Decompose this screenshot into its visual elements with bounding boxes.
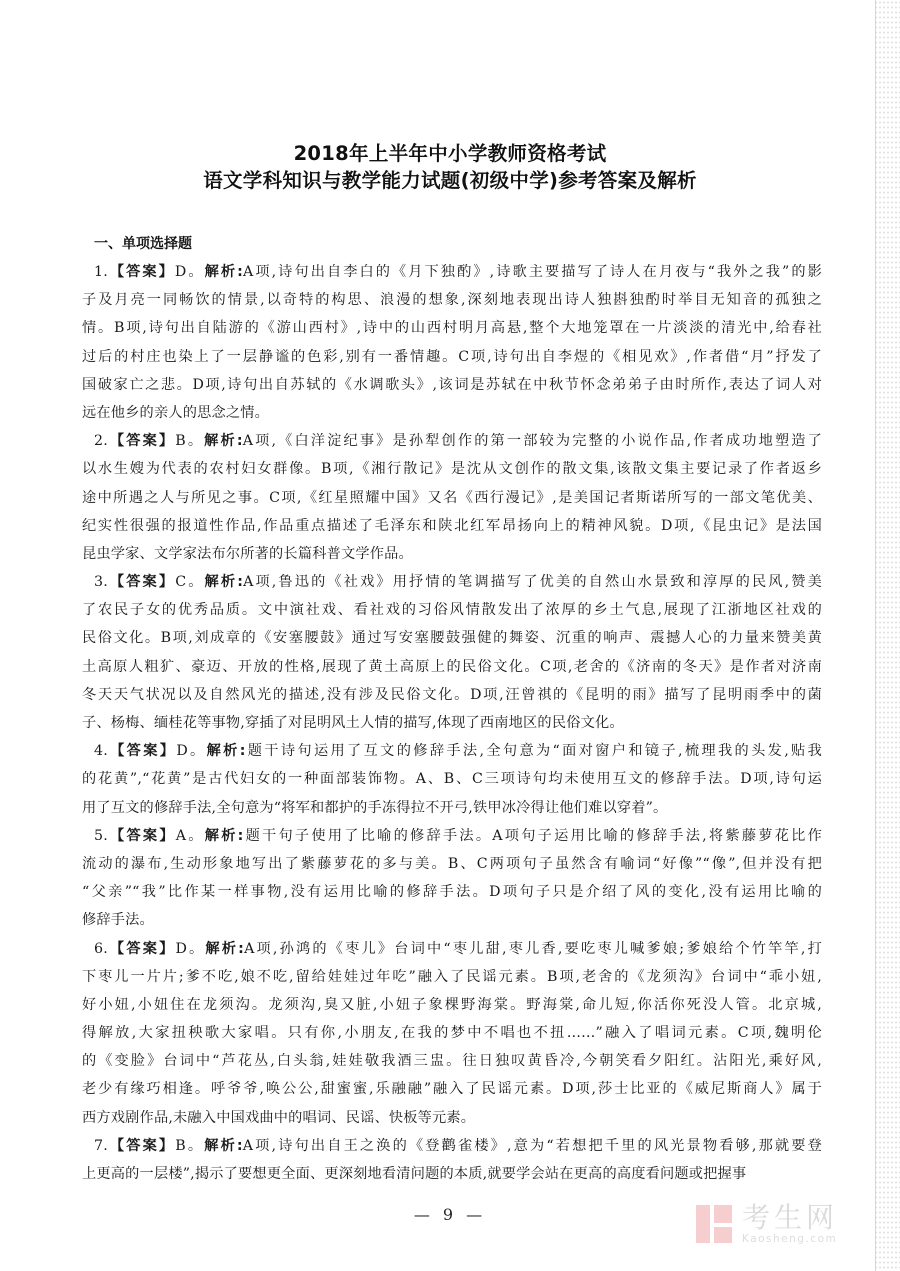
analysis-label: 解析: (205, 574, 244, 590)
answer-line: 昆虫学家、文学家法布尔所著的长篇科普文学作品。 (82, 540, 822, 568)
answer-line: 民俗文化。B项,刘成章的《安塞腰鼓》通过写安塞腰鼓强健的舞姿、沉重的响声、震撼人… (82, 624, 822, 652)
question-number: 5. (94, 828, 108, 844)
analysis-label: 解析: (205, 941, 244, 957)
answer-line: 土高原人粗犷、豪迈、开放的性格,展现了黄土高原上的民俗文化。C项,老舍的《济南的… (82, 653, 822, 681)
section-heading: 一、单项选择题 (82, 230, 822, 258)
answer-text: 得解放,大家扭秧歌大家唱。只有你,小朋友,在我的梦中不唱也不扭……”融入了唱词元… (82, 1025, 822, 1041)
answer-choice: C。 (175, 574, 204, 590)
answer-label: 【答案】 (108, 574, 175, 590)
answer-line: 流动的瀑布,生动形象地写出了紫藤萝花的多与美。B、C两项句子虽然含有喻词“好像”… (82, 850, 822, 878)
answer-first-line: 7.【答案】B。解析:A项,诗句出自王之涣的《登鹳雀楼》,意为“若想把千里的风光… (82, 1132, 822, 1160)
answer-text: A项,诗句出自李白的《月下独酌》,诗歌主要描写了诗人在月夜与“我外之我”的影 (243, 264, 822, 280)
answer-line: 冬天天气状况以及自然风光的描述,没有涉及民俗文化。D项,汪曾祺的《昆明的雨》描写… (82, 681, 822, 709)
answer-text: 了农民子女的优秀品质。文中演社戏、看社戏的习俗风情散发出了浓厚的乡土气息,展现了… (82, 602, 822, 618)
answer-choice: D。 (175, 264, 205, 280)
answer-text: 以水生嫂为代表的农村妇女群像。B项,《湘行散记》是沈从文创作的散文集,该散文集主… (82, 461, 822, 477)
answer-line: 以水生嫂为代表的农村妇女群像。B项,《湘行散记》是沈从文创作的散文集,该散文集主… (82, 455, 822, 483)
answer-line: 情。B项,诗句出自陆游的《游山西村》,诗中的山西村明月高悬,整个大地笼罩在一片淡… (82, 314, 822, 342)
answer-text: 好小妞,小妞住在龙须沟。龙须沟,臭又脏,小妞子象棵野海棠。野海棠,命儿短,你活你… (82, 997, 822, 1013)
question-number: 6. (94, 941, 108, 957)
question-number: 2. (94, 433, 108, 449)
answer-text: 冬天天气状况以及自然风光的描述,没有涉及民俗文化。D项,汪曾祺的《昆明的雨》描写… (82, 687, 822, 703)
question-number: 3. (94, 574, 108, 590)
answer-line: 国破家亡之悲。D项,诗句出自苏轼的《水调歌头》,该词是苏轼在中秋节怀念弟弟子由时… (82, 371, 822, 399)
answer-text: 子、杨梅、缅桂花等事物,穿插了对昆明风土人情的描写,体现了西南地区的民俗文化。 (82, 715, 624, 731)
answer-label: 【答案】 (108, 743, 176, 759)
answer-line: 远在他乡的亲人的思念之情。 (82, 399, 822, 427)
answer-line: 用了互文的修辞手法,全句意为“将军和都护的手冻得拉不开弓,铁甲冰冷得让他们难以穿… (82, 794, 822, 822)
answer-text: A项,《白洋淀纪事》是孙犁创作的第一部较为完整的小说作品,作者成功地塑造了 (243, 433, 822, 449)
answer-first-line: 6.【答案】D。解析:A项,孙鸿的《枣儿》台词中“枣儿甜,枣儿香,要吃枣儿喊爹娘… (82, 935, 822, 963)
answer-text: 西方戏剧作品,未融入中国戏曲中的唱词、民谣、快板等元素。 (82, 1110, 475, 1126)
title-line-1: 2018年上半年中小学教师资格考试 (0, 140, 900, 167)
answer-text: 上更高的一层楼”,揭示了要想更全面、更深刻地看清问题的本质,就要学会站在更高的高… (82, 1166, 746, 1182)
answer-text: 昆虫学家、文学家法布尔所著的长篇科普文学作品。 (82, 546, 413, 562)
answer-line: 过后的村庄也染上了一层静谧的色彩,别有一番情趣。C项,诗句出自李煜的《相见欢》,… (82, 343, 822, 371)
answer-text: 流动的瀑布,生动形象地写出了紫藤萝花的多与美。B、C两项句子虽然含有喻词“好像”… (82, 856, 822, 872)
answer-text: 过后的村庄也染上了一层静谧的色彩,别有一番情趣。C项,诗句出自李煜的《相见欢》,… (82, 349, 822, 365)
answer-item: 6.【答案】D。解析:A项,孙鸿的《枣儿》台词中“枣儿甜,枣儿香,要吃枣儿喊爹娘… (82, 935, 822, 1132)
answer-line: 好小妞,小妞住在龙须沟。龙须沟,臭又脏,小妞子象棵野海棠。野海棠,命儿短,你活你… (82, 991, 822, 1019)
answer-text: 题干句子使用了比喻的修辞手法。A项句子运用比喻的修辞手法,将紫藤萝花比作 (244, 828, 822, 844)
answer-line: 子及月亮一同畅饮的情景,以奇特的构思、浪漫的想象,深刻地表现出诗人独斟独酌时举目… (82, 286, 822, 314)
answer-item: 7.【答案】B。解析:A项,诗句出自王之涣的《登鹳雀楼》,意为“若想把千里的风光… (82, 1132, 822, 1188)
question-list: 1.【答案】D。解析:A项,诗句出自李白的《月下独酌》,诗歌主要描写了诗人在月夜… (82, 258, 822, 1188)
kaosheng-logo-icon (696, 1205, 732, 1243)
answer-body: 一、单项选择题 1.【答案】D。解析:A项,诗句出自李白的《月下独酌》,诗歌主要… (82, 230, 822, 1188)
answer-text: 修辞手法。 (82, 912, 154, 928)
analysis-label: 解析: (207, 743, 246, 759)
answer-line: 的花黄”,“花黄”是古代妇女的一种面部装饰物。A、B、C三项诗句均未使用互文的修… (82, 765, 822, 793)
answer-text: 用了互文的修辞手法,全句意为“将军和都护的手冻得拉不开弓,铁甲冰冷得让他们难以穿… (82, 800, 667, 816)
answer-choice: D。 (176, 743, 206, 759)
answer-label: 【答案】 (108, 941, 176, 957)
answer-text: 国破家亡之悲。D项,诗句出自苏轼的《水调歌头》,该词是苏轼在中秋节怀念弟弟子由时… (82, 377, 822, 393)
question-number: 7. (94, 1138, 108, 1154)
answer-first-line: 1.【答案】D。解析:A项,诗句出自李白的《月下独酌》,诗歌主要描写了诗人在月夜… (82, 258, 822, 286)
answer-first-line: 5.【答案】A。解析:题干句子使用了比喻的修辞手法。A项句子运用比喻的修辞手法,… (82, 822, 822, 850)
answer-first-line: 3.【答案】C。解析:A项,鲁迅的《社戏》用抒情的笔调描写了优美的自然山水景致和… (82, 568, 822, 596)
answer-line: 下枣儿一片片;爹不吃,娘不吃,留给娃娃过年吃”融入了民谣元素。B项,老舍的《龙须… (82, 963, 822, 991)
answer-first-line: 4.【答案】D。解析:题干诗句运用了互文的修辞手法,全句意为“面对窗户和镜子,梳… (82, 737, 822, 765)
answer-line: 的《变脸》台词中“芦花丛,白头翁,娃娃敬我酒三盅。往日独叹黄昏冷,今朝笑看夕阳红… (82, 1047, 822, 1075)
answer-line: 得解放,大家扭秧歌大家唱。只有你,小朋友,在我的梦中不唱也不扭……”融入了唱词元… (82, 1019, 822, 1047)
answer-first-line: 2.【答案】B。解析:A项,《白洋淀纪事》是孙犁创作的第一部较为完整的小说作品,… (82, 427, 822, 455)
answer-text: 土高原人粗犷、豪迈、开放的性格,展现了黄土高原上的民俗文化。C项,老舍的《济南的… (82, 659, 822, 675)
answer-choice: B。 (175, 1138, 204, 1154)
answer-text: 老少有缘巧相逢。呼爷爷,唤公公,甜蜜蜜,乐融融”融入了民谣元素。D项,莎士比亚的… (82, 1081, 822, 1097)
watermark-domain: Kaosheng.com (742, 1233, 837, 1245)
answer-line: 上更高的一层楼”,揭示了要想更全面、更深刻地看清问题的本质,就要学会站在更高的高… (82, 1160, 822, 1188)
answer-line: 了农民子女的优秀品质。文中演社戏、看社戏的习俗风情散发出了浓厚的乡土气息,展现了… (82, 596, 822, 624)
answer-choice: A。 (176, 828, 205, 844)
answer-line: 纪实性很强的报道性作品,作品重点描述了毛泽东和陕北红军昂扬向上的精神风貌。D项,… (82, 512, 822, 540)
answer-text: 的《变脸》台词中“芦花丛,白头翁,娃娃敬我酒三盅。往日独叹黄昏冷,今朝笑看夕阳红… (82, 1053, 822, 1069)
answer-text: 民俗文化。B项,刘成章的《安塞腰鼓》通过写安塞腰鼓强健的舞姿、沉重的响声、震撼人… (82, 630, 822, 646)
document-page: 2018年上半年中小学教师资格考试 语文学科知识与教学能力试题(初级中学)参考答… (0, 0, 900, 1271)
title-line-2: 语文学科知识与教学能力试题(初级中学)参考答案及解析 (0, 167, 900, 194)
answer-choice: B。 (175, 433, 204, 449)
answer-line: 老少有缘巧相逢。呼爷爷,唤公公,甜蜜蜜,乐融融”融入了民谣元素。D项,莎士比亚的… (82, 1075, 822, 1103)
answer-line: 途中所遇之人与所见之事。C项,《红星照耀中国》又名《西行漫记》,是美国记者斯诺所… (82, 484, 822, 512)
answer-text: A项,孙鸿的《枣儿》台词中“枣儿甜,枣儿香,要吃枣儿喊爹娘;爹娘给个竹竿竿,打 (244, 941, 822, 957)
analysis-label: 解析: (204, 1138, 243, 1154)
question-number: 1. (94, 264, 108, 280)
answer-line: 西方戏剧作品,未融入中国戏曲中的唱词、民谣、快板等元素。 (82, 1104, 822, 1132)
answer-text: 远在他乡的亲人的思念之情。 (82, 405, 269, 421)
answer-text: “父亲”“我”比作某一样事物,没有运用比喻的修辞手法。D项句子只是介绍了风的变化… (82, 884, 822, 900)
answer-text: 题干诗句运用了互文的修辞手法,全句意为“面对窗户和镜子,梳理我的头发,贴我 (246, 743, 822, 759)
analysis-label: 解析: (205, 264, 243, 280)
answer-line: 修辞手法。 (82, 906, 822, 934)
answer-item: 1.【答案】D。解析:A项,诗句出自李白的《月下独酌》,诗歌主要描写了诗人在月夜… (82, 258, 822, 427)
question-number: 4. (94, 743, 108, 759)
answer-label: 【答案】 (108, 264, 175, 280)
answer-text: 下枣儿一片片;爹不吃,娘不吃,留给娃娃过年吃”融入了民谣元素。B项,老舍的《龙须… (82, 969, 822, 985)
answer-text: 情。B项,诗句出自陆游的《游山西村》,诗中的山西村明月高悬,整个大地笼罩在一片淡… (82, 320, 822, 336)
answer-text: A项,诗句出自王之涣的《登鹳雀楼》,意为“若想把千里的风光景物看够,那就要登 (243, 1138, 822, 1154)
answer-text: A项,鲁迅的《社戏》用抒情的笔调描写了优美的自然山水景致和淳厚的民风,赞美 (243, 574, 822, 590)
answer-text: 的花黄”,“花黄”是古代妇女的一种面部装饰物。A、B、C三项诗句均未使用互文的修… (82, 771, 822, 787)
answer-label: 【答案】 (108, 828, 176, 844)
kaosheng-watermark: 考生网 Kaosheng.com (696, 1205, 866, 1245)
answer-line: 子、杨梅、缅桂花等事物,穿插了对昆明风土人情的描写,体现了西南地区的民俗文化。 (82, 709, 822, 737)
watermark-brand: 考生网 (742, 1203, 838, 1233)
analysis-label: 解析: (204, 433, 243, 449)
analysis-label: 解析: (205, 828, 244, 844)
answer-line: “父亲”“我”比作某一样事物,没有运用比喻的修辞手法。D项句子只是介绍了风的变化… (82, 878, 822, 906)
answer-label: 【答案】 (108, 433, 175, 449)
answer-text: 途中所遇之人与所见之事。C项,《红星照耀中国》又名《西行漫记》,是美国记者斯诺所… (82, 490, 822, 506)
answer-label: 【答案】 (108, 1138, 175, 1154)
answer-item: 4.【答案】D。解析:题干诗句运用了互文的修辞手法,全句意为“面对窗户和镜子,梳… (82, 737, 822, 822)
answer-item: 3.【答案】C。解析:A项,鲁迅的《社戏》用抒情的笔调描写了优美的自然山水景致和… (82, 568, 822, 737)
answer-item: 5.【答案】A。解析:题干句子使用了比喻的修辞手法。A项句子运用比喻的修辞手法,… (82, 822, 822, 935)
answer-choice: D。 (175, 941, 205, 957)
document-title: 2018年上半年中小学教师资格考试 语文学科知识与教学能力试题(初级中学)参考答… (0, 140, 900, 194)
answer-text: 纪实性很强的报道性作品,作品重点描述了毛泽东和陕北红军昂扬向上的精神风貌。D项,… (82, 518, 822, 534)
answer-item: 2.【答案】B。解析:A项,《白洋淀纪事》是孙犁创作的第一部较为完整的小说作品,… (82, 427, 822, 568)
answer-text: 子及月亮一同畅饮的情景,以奇特的构思、浪漫的想象,深刻地表现出诗人独斟独酌时举目… (82, 292, 822, 308)
